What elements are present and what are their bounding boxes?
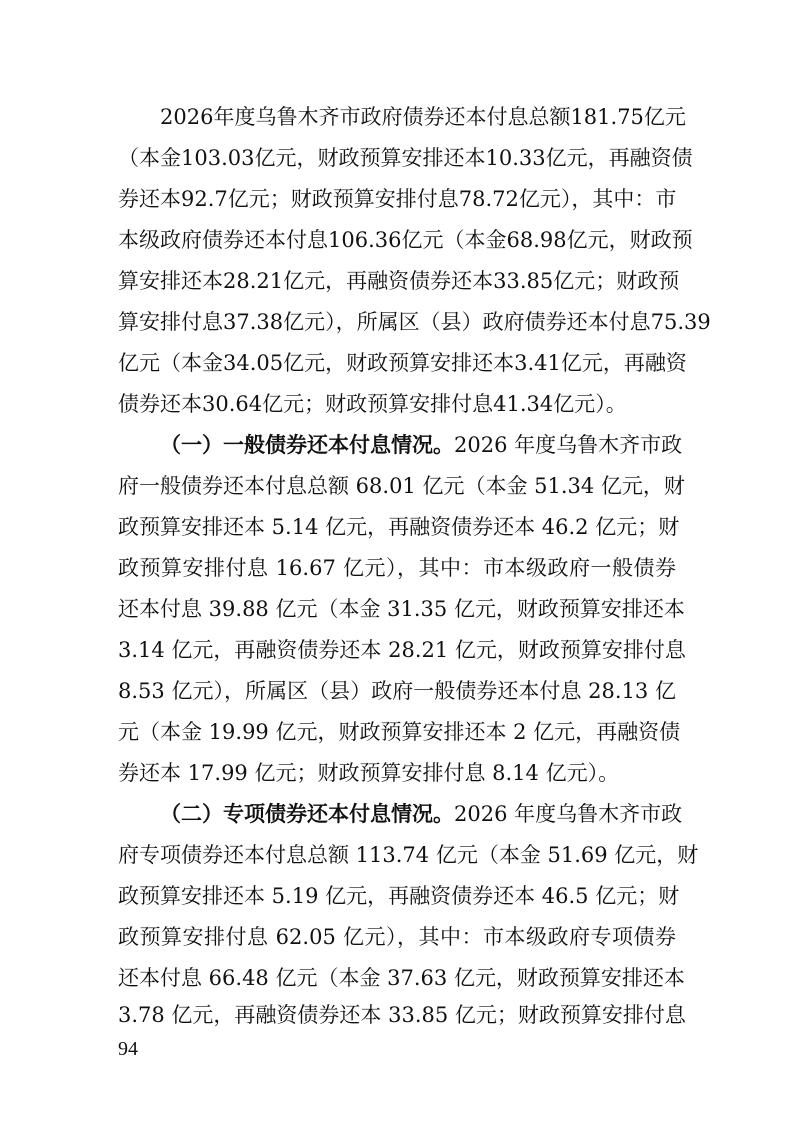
paragraph-general-bonds-line-1: （一）一般债券还本付息情况。2026 年度乌鲁木齐市政: [160, 430, 676, 460]
paragraph-special-bonds-line-4: 政预算安排付息 62.05 亿元），其中：市本级政府专项债券: [118, 922, 676, 952]
paragraph-summary-line-6: 算安排付息37.38亿元），所属区（县）政府债券还本付息75.39: [118, 307, 676, 337]
paragraph-special-bonds-line-1: （二）专项债券还本付息情况。2026 年度乌鲁木齐市政: [160, 799, 676, 829]
paragraph-general-bonds-line-8: 元（本金 19.99 亿元，财政预算安排还本 2 亿元，再融资债: [118, 717, 676, 747]
paragraph-special-bonds-line-3: 政预算安排还本 5.19 亿元，再融资债券还本 46.5 亿元；财: [118, 881, 676, 911]
paragraph-summary-line-7: 亿元（本金34.05亿元，财政预算安排还本3.41亿元，再融资: [118, 348, 676, 378]
paragraph-summary-line-8: 债券还本30.64亿元；财政预算安排付息41.34亿元）。: [118, 389, 676, 419]
paragraph-general-bonds-line-6: 3.14 亿元，再融资债券还本 28.21 亿元，财政预算安排付息: [118, 635, 676, 665]
page-number: 94: [118, 1036, 138, 1062]
paragraph-general-bonds-line-2: 府一般债券还本付息总额 68.01 亿元（本金 51.34 亿元，财: [118, 471, 676, 501]
paragraph-special-bonds-line-1-text: 2026 年度乌鲁木齐市政: [454, 802, 682, 826]
paragraph-special-bonds-line-5: 还本付息 66.48 亿元（本金 37.63 亿元，财政预算安排还本: [118, 963, 676, 993]
section-heading-special-bonds: （二）专项债券还本付息情况。: [160, 801, 454, 826]
document-page: 2026年度乌鲁木齐市政府债券还本付息总额181.75亿元 （本金103.03亿…: [0, 0, 793, 1122]
paragraph-general-bonds-line-1-text: 2026 年度乌鲁木齐市政: [454, 433, 682, 457]
paragraph-general-bonds-line-4: 政预算安排付息 16.67 亿元），其中：市本级政府一般债券: [118, 553, 676, 583]
paragraph-special-bonds-line-6: 3.78 亿元，再融资债券还本 33.85 亿元；财政预算安排付息: [118, 1000, 676, 1030]
paragraph-special-bonds-line-2: 府专项债券还本付息总额 113.74 亿元（本金 51.69 亿元，财: [118, 840, 676, 870]
paragraph-general-bonds-line-3: 政预算安排还本 5.14 亿元，再融资债券还本 46.2 亿元；财: [118, 512, 676, 542]
paragraph-general-bonds-line-5: 还本付息 39.88 亿元（本金 31.35 亿元，财政预算安排还本: [118, 594, 676, 624]
paragraph-summary-line-2: （本金103.03亿元，财政预算安排还本10.33亿元，再融资债: [118, 143, 676, 173]
paragraph-summary-line-5: 算安排还本28.21亿元，再融资债券还本33.85亿元；财政预: [118, 266, 676, 296]
paragraph-summary-line-1: 2026年度乌鲁木齐市政府债券还本付息总额181.75亿元: [160, 102, 676, 132]
section-heading-general-bonds: （一）一般债券还本付息情况。: [160, 432, 454, 457]
paragraph-general-bonds-line-7: 8.53 亿元），所属区（县）政府一般债券还本付息 28.13 亿: [118, 676, 676, 706]
paragraph-summary-line-3: 券还本92.7亿元；财政预算安排付息78.72亿元），其中：市: [118, 184, 676, 214]
paragraph-summary-line-4: 本级政府债券还本付息106.36亿元（本金68.98亿元，财政预: [118, 225, 676, 255]
paragraph-general-bonds-line-9: 券还本 17.99 亿元；财政预算安排付息 8.14 亿元）。: [118, 758, 676, 788]
